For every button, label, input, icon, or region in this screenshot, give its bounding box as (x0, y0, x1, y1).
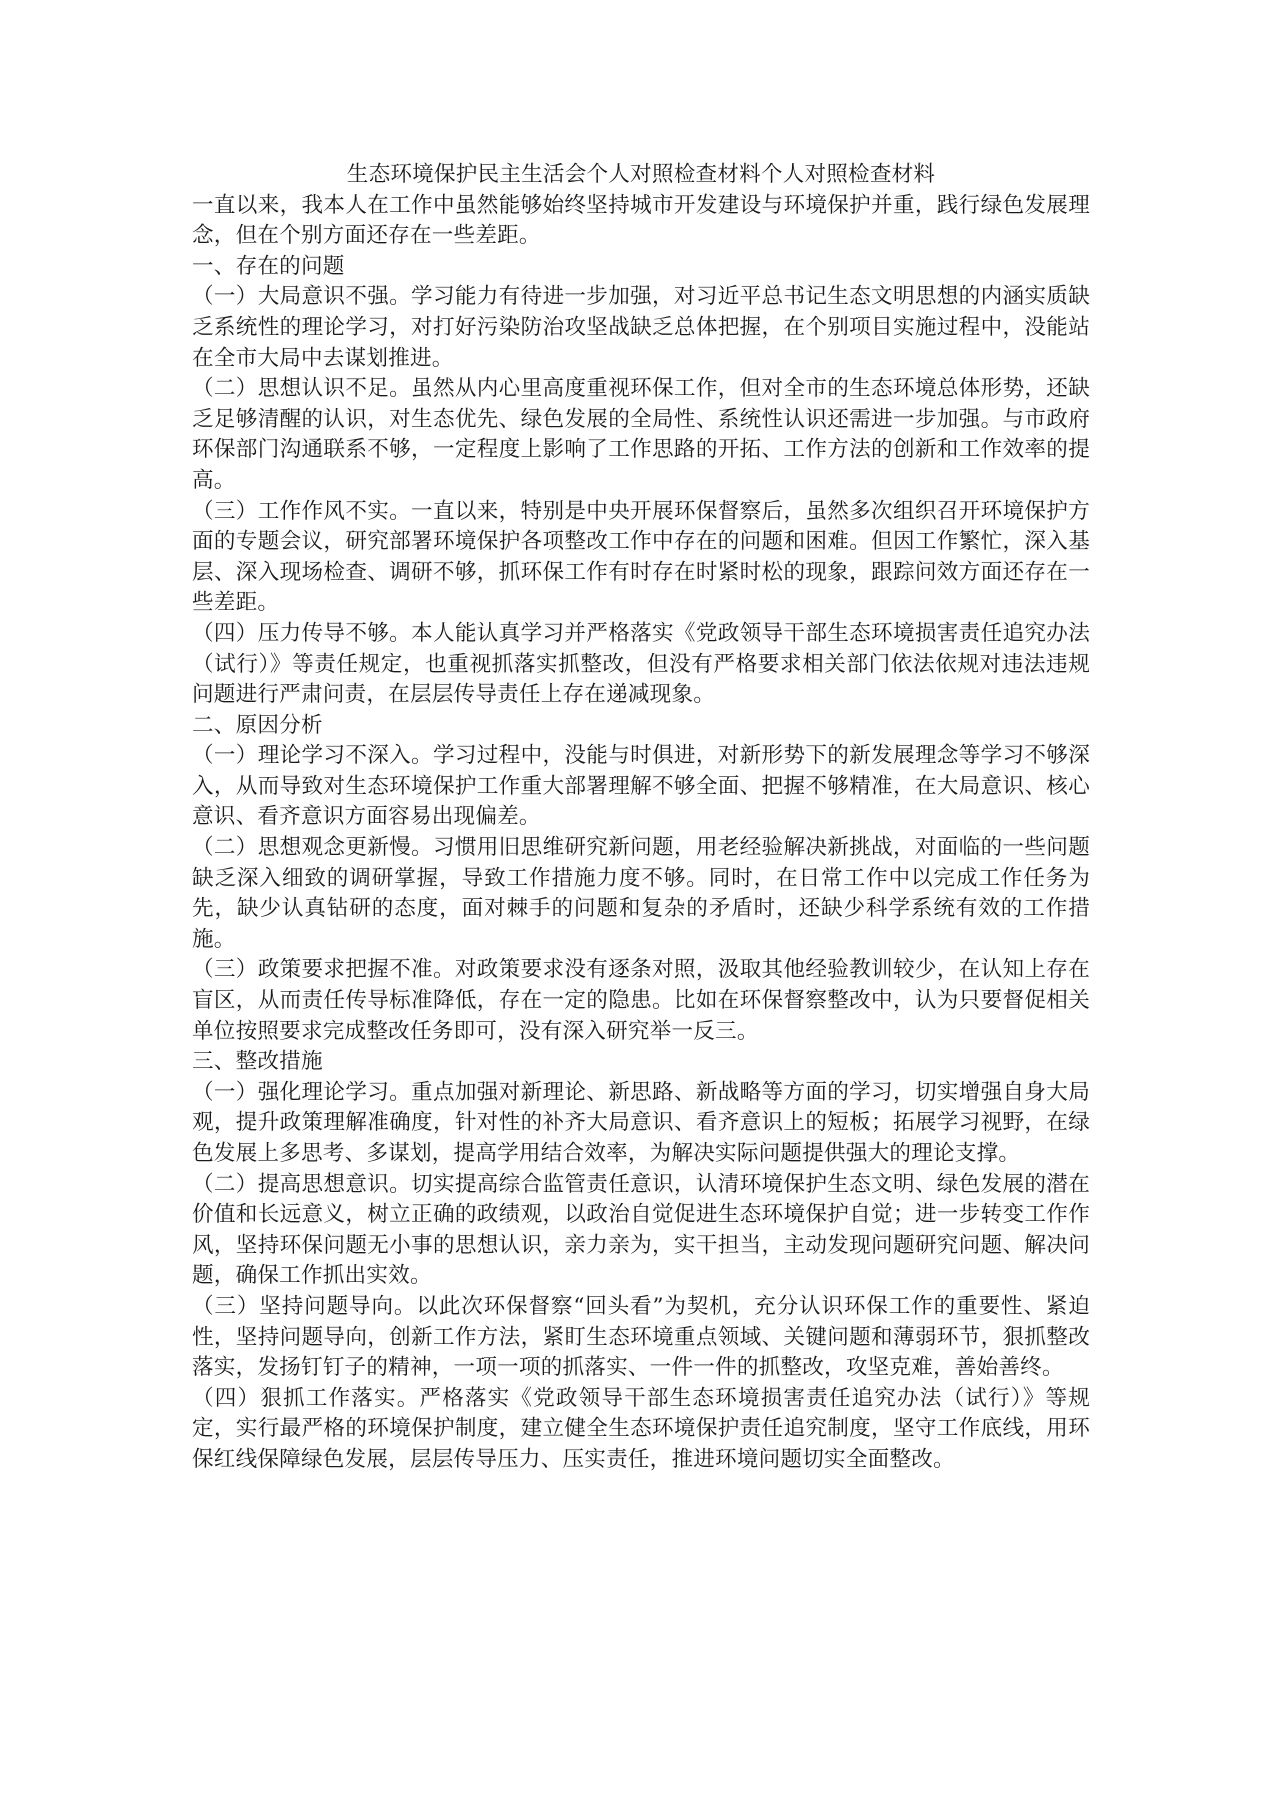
paragraph: （一）理论学习不深入。学习过程中，没能与时俱进，对新形势下的新发展理念等学习不够… (192, 741, 1090, 833)
document-title: 生态环境保护民主生活会个人对照检查材料个人对照检查材料 (192, 160, 1090, 191)
section-heading-causes: 二、原因分析 (192, 711, 1090, 742)
paragraph: （四）压力传导不够。本人能认真学习并严格落实《党政领导干部生态环境损害责任追究办… (192, 619, 1090, 711)
paragraph: （二）提高思想意识。切实提高综合监管责任意识，认清环境保护生态文明、绿色发展的潜… (192, 1170, 1090, 1292)
paragraph: （四）狠抓工作落实。严格落实《党政领导干部生态环境损害责任追究办法（试行）》等规… (192, 1384, 1090, 1476)
document-page: 生态环境保护民主生活会个人对照检查材料个人对照检查材料 一直以来，我本人在工作中… (192, 160, 1090, 1476)
paragraph: （三）政策要求把握不准。对政策要求没有逐条对照，汲取其他经验教训较少，在认知上存… (192, 955, 1090, 1047)
paragraph: （二）思想观念更新慢。习惯用旧思维研究新问题，用老经验解决新挑战，对面临的一些问… (192, 833, 1090, 955)
paragraph: （一）强化理论学习。重点加强对新理论、新思路、新战略等方面的学习，切实增强自身大… (192, 1078, 1090, 1170)
paragraph: （三）工作作风不实。一直以来，特别是中央开展环保督察后，虽然多次组织召开环境保护… (192, 497, 1090, 619)
intro-paragraph: 一直以来，我本人在工作中虽然能够始终坚持城市开发建设与环境保护并重，践行绿色发展… (192, 191, 1090, 252)
section-heading-problems: 一、存在的问题 (192, 252, 1090, 283)
paragraph: （一）大局意识不强。学习能力有待进一步加强，对习近平总书记生态文明思想的内涵实质… (192, 282, 1090, 374)
section-heading-measures: 三、整改措施 (192, 1047, 1090, 1078)
paragraph: （三）坚持问题导向。以此次环保督察“回头看”为契机，充分认识环保工作的重要性、紧… (192, 1292, 1090, 1384)
paragraph: （二）思想认识不足。虽然从内心里高度重视环保工作，但对全市的生态环境总体形势，还… (192, 374, 1090, 496)
